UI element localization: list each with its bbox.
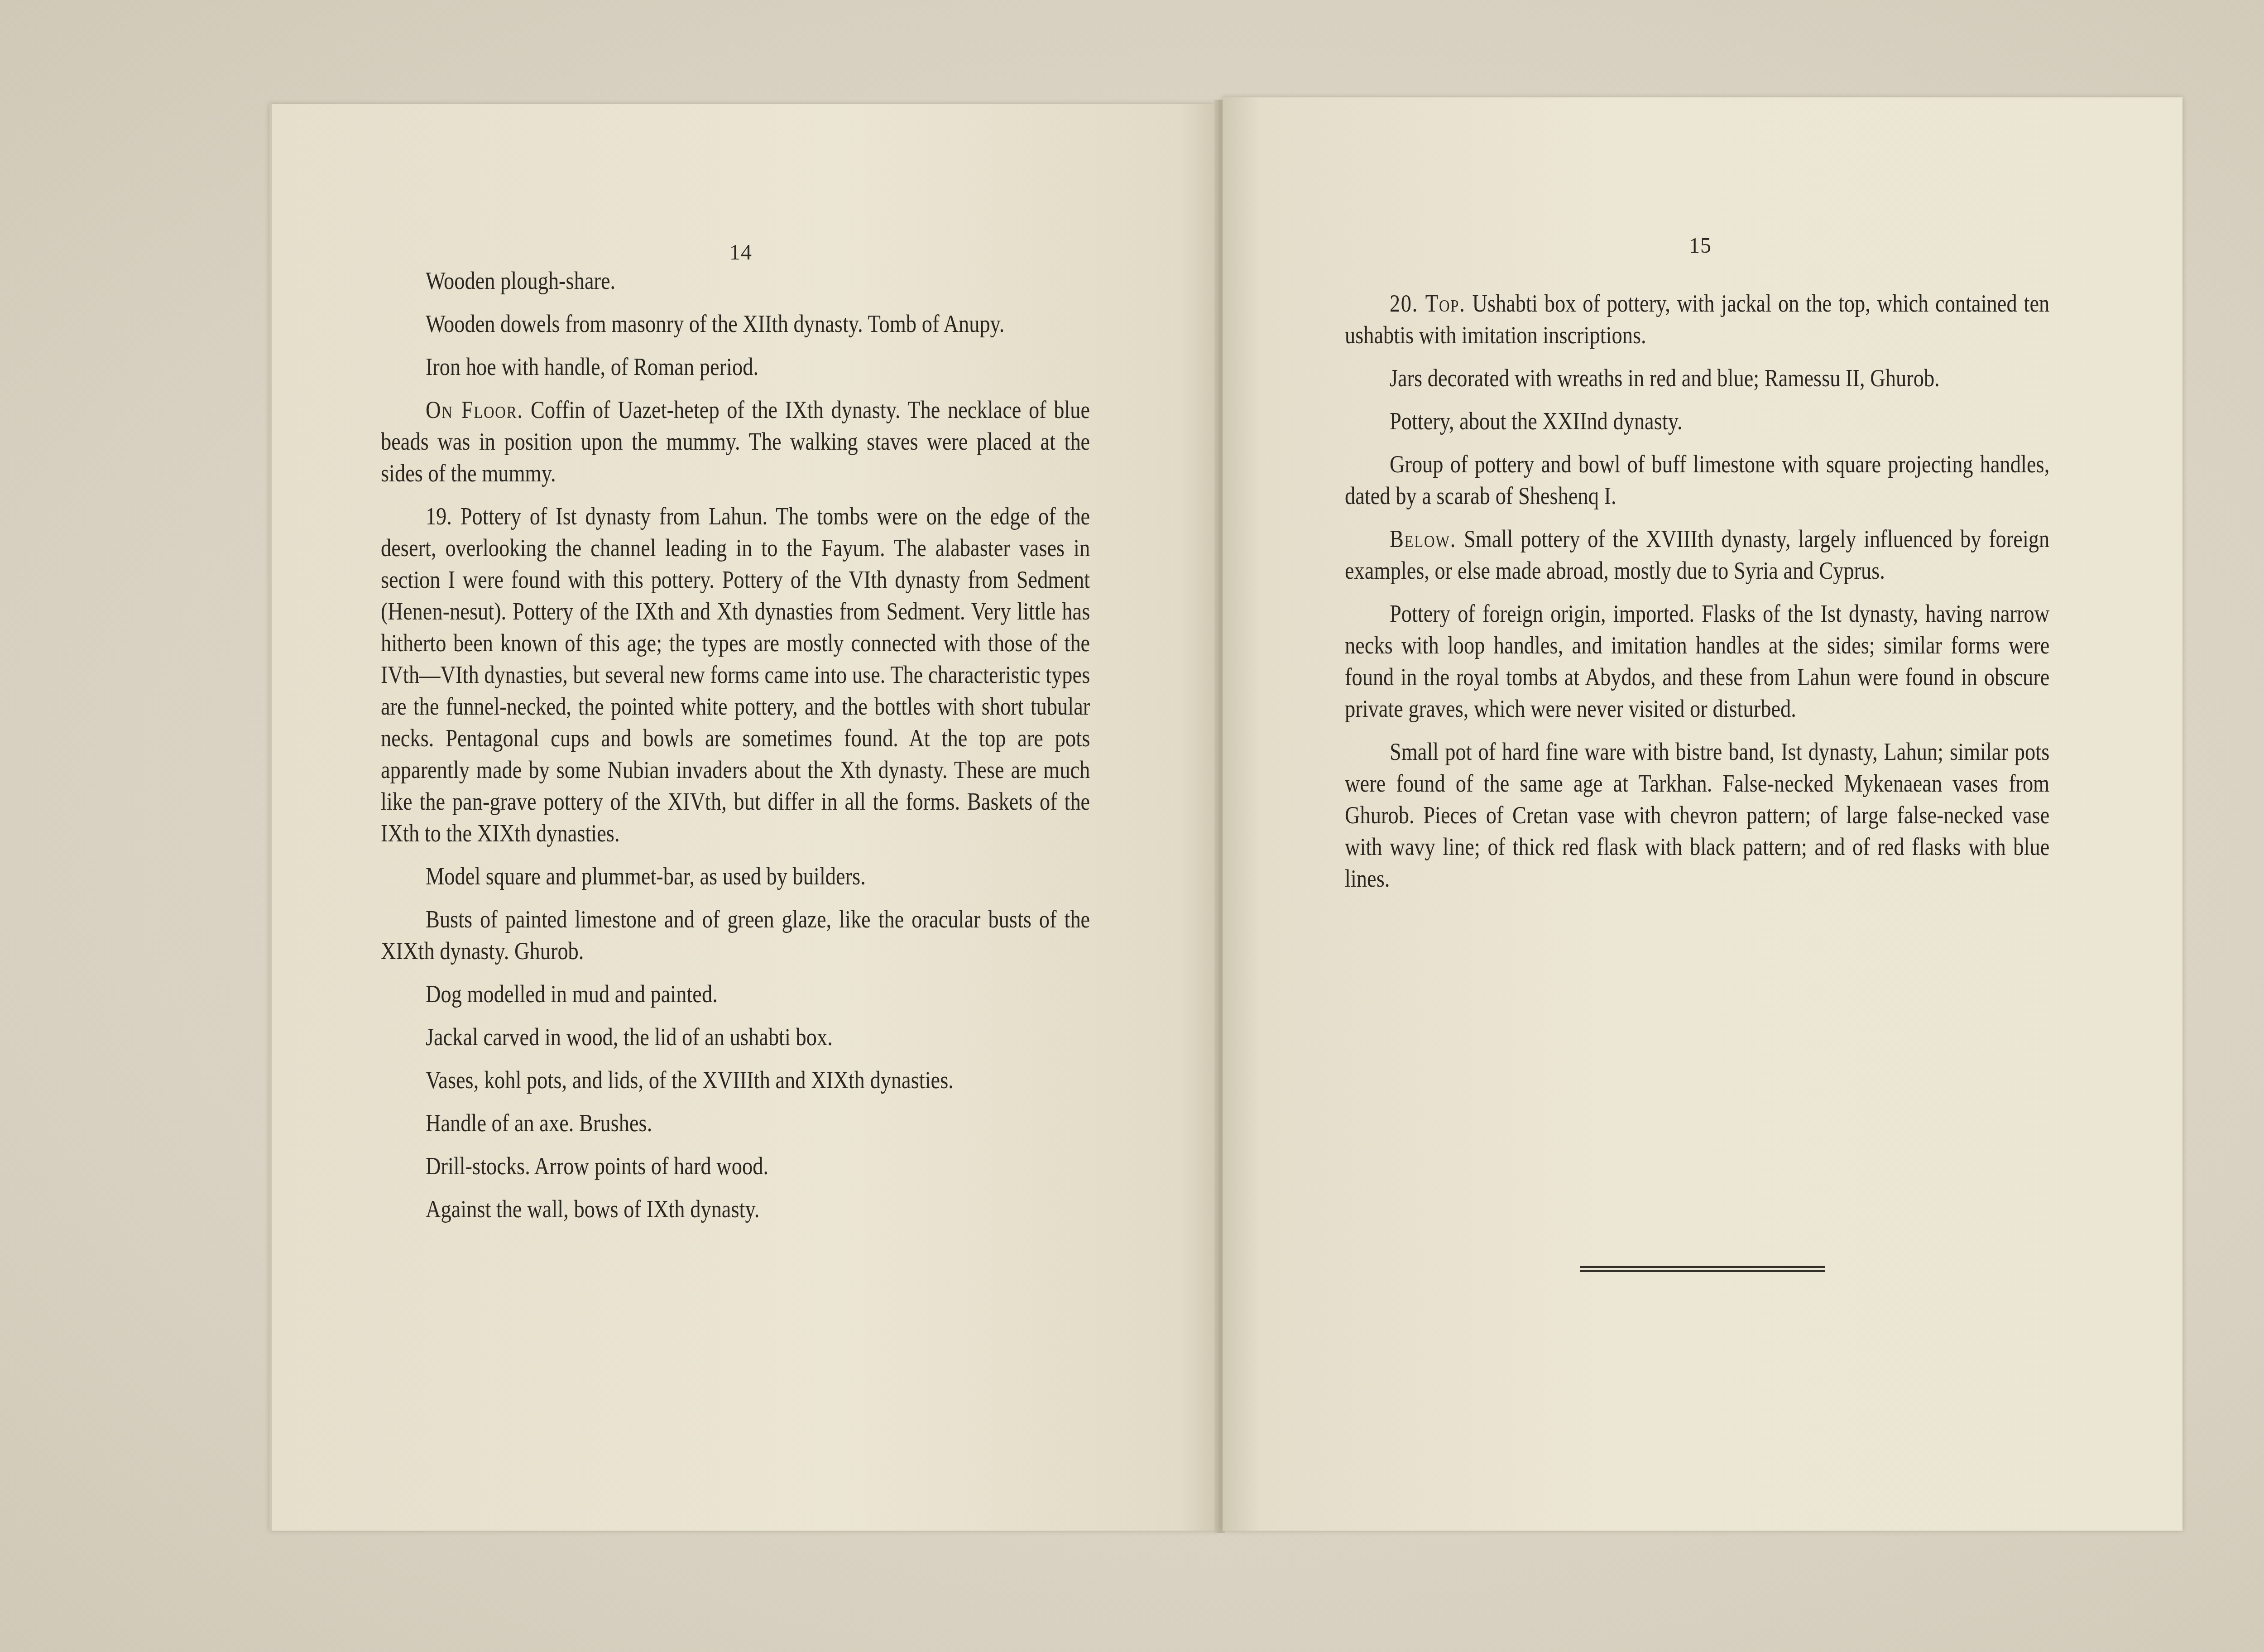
right-page: 15 20. Top. Ushabti box of pottery, with… <box>1223 97 2182 1531</box>
paragraph: Jars decorated with wreaths in red and b… <box>1345 362 2049 394</box>
section-lead: On Floor. <box>426 396 523 423</box>
left-page-text: Wooden plough-share. Wooden dowels from … <box>381 265 1092 1236</box>
paragraph: Small pot of hard fine ware with bistre … <box>1345 736 2049 894</box>
paragraph: Wooden dowels from masonry of the XIIth … <box>381 308 1090 340</box>
section-lead: 20. Top. <box>1390 290 1466 317</box>
right-page-text: 20. Top. Ushabti box of pottery, with ja… <box>1345 288 2051 906</box>
paragraph: Model square and plummet-bar, as used by… <box>381 860 1090 892</box>
paragraph: Handle of an axe. Brushes. <box>381 1107 1090 1139</box>
paragraph: Vases, kohl pots, and lids, of the XVIII… <box>381 1064 1090 1096</box>
paragraph: Jackal carved in wood, the lid of an ush… <box>381 1021 1090 1053</box>
paragraph: Group of pottery and bowl of buff limest… <box>1345 448 2049 512</box>
paragraph: Against the wall, bows of IXth dynasty. <box>381 1193 1090 1225</box>
page-number: 14 <box>729 240 752 265</box>
paragraph-case-20: 20. Top. Ushabti box of pottery, with ja… <box>1345 288 2049 351</box>
paragraph: Dog modelled in mud and painted. <box>381 978 1090 1010</box>
paragraph: Iron hoe with handle, of Roman period. <box>381 351 1090 383</box>
section-lead: Below. <box>1390 525 1456 552</box>
paragraph-on-floor: On Floor. Coffin of Uazet-hetep of the I… <box>381 394 1090 489</box>
end-double-rule-ornament <box>1580 1266 1825 1272</box>
left-page: 14 Wooden plough-share. Wooden dowels fr… <box>269 104 1218 1531</box>
paragraph: Drill-stocks. Arrow points of hard wood. <box>381 1150 1090 1182</box>
paragraph-case-19: 19. Pottery of Ist dynasty from Lahun. T… <box>381 500 1090 849</box>
page-number: 15 <box>1689 233 1712 258</box>
paragraph: Wooden plough-share. <box>381 265 1090 297</box>
paragraph: Pottery, about the XXIInd dynasty. <box>1345 405 2049 437</box>
paragraph: Busts of painted limestone and of green … <box>381 903 1090 967</box>
paragraph: Pottery of foreign origin, imported. Fla… <box>1345 598 2049 725</box>
paragraph-below: Below. Small pottery of the XVIIIth dyna… <box>1345 523 2049 586</box>
case-number: 19. <box>426 503 452 530</box>
